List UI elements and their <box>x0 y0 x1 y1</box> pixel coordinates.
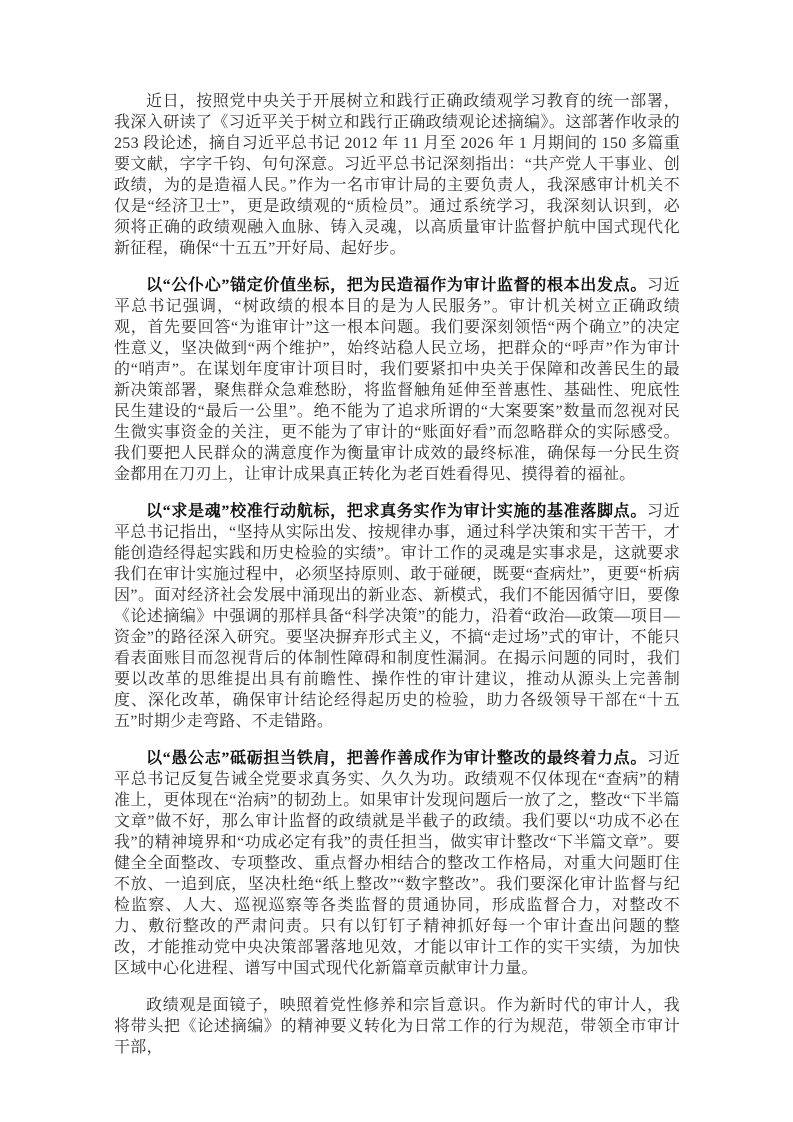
paragraph-closing: 政绩观是面镜子，映照着党性修养和宗旨意识。作为新时代的审计人，我将带头把《论述摘… <box>114 995 680 1058</box>
paragraph-section-3-text: 习近平总书记反复告诫全党要求真务实、久久为功。政绩观不仅体现在“查病”的精准上，… <box>114 750 680 977</box>
paragraph-section-2: 以“求是魂”校准行动航标，把求真务实作为审计实施的基准落脚点。习近平总书记指出，… <box>114 501 680 732</box>
paragraph-intro-text: 近日，按照党中央关于开展树立和践行正确政绩观学习教育的统一部署，我深入研读了《习… <box>114 93 680 257</box>
paragraph-section-1: 以“公仆心”锚定价值坐标，把为民造福作为审计监督的根本出发点。习近平总书记强调，… <box>114 275 680 485</box>
paragraph-section-2-heading: 以“求是魂”校准行动航标，把求真务实作为审计实施的基准落脚点。 <box>146 503 647 520</box>
paragraph-intro: 近日，按照党中央关于开展树立和践行正确政绩观学习教育的统一部署，我深入研读了《习… <box>114 91 680 259</box>
document-page: 近日，按照党中央关于开展树立和践行正确政绩观学习教育的统一部署，我深入研读了《习… <box>0 0 793 1122</box>
paragraph-section-3: 以“愚公志”砥砺担当铁肩，把善作善成作为审计整改的最终着力点。习近平总书记反复告… <box>114 748 680 979</box>
paragraph-section-2-text: 习近平总书记指出，“坚持从实际出发、按规律办事，通过科学决策和实干苦干，才能创造… <box>114 503 680 730</box>
paragraph-section-1-text: 习近平总书记强调，“树政绩的根本目的是为人民服务”。审计机关树立正确政绩观，首先… <box>114 277 680 483</box>
paragraph-section-1-heading: 以“公仆心”锚定价值坐标，把为民造福作为审计监督的根本出发点。 <box>146 277 647 294</box>
paragraph-section-3-heading: 以“愚公志”砥砺担当铁肩，把善作善成作为审计整改的最终着力点。 <box>146 750 647 767</box>
paragraph-closing-text: 政绩观是面镜子，映照着党性修养和宗旨意识。作为新时代的审计人，我将带头把《论述摘… <box>114 997 680 1056</box>
